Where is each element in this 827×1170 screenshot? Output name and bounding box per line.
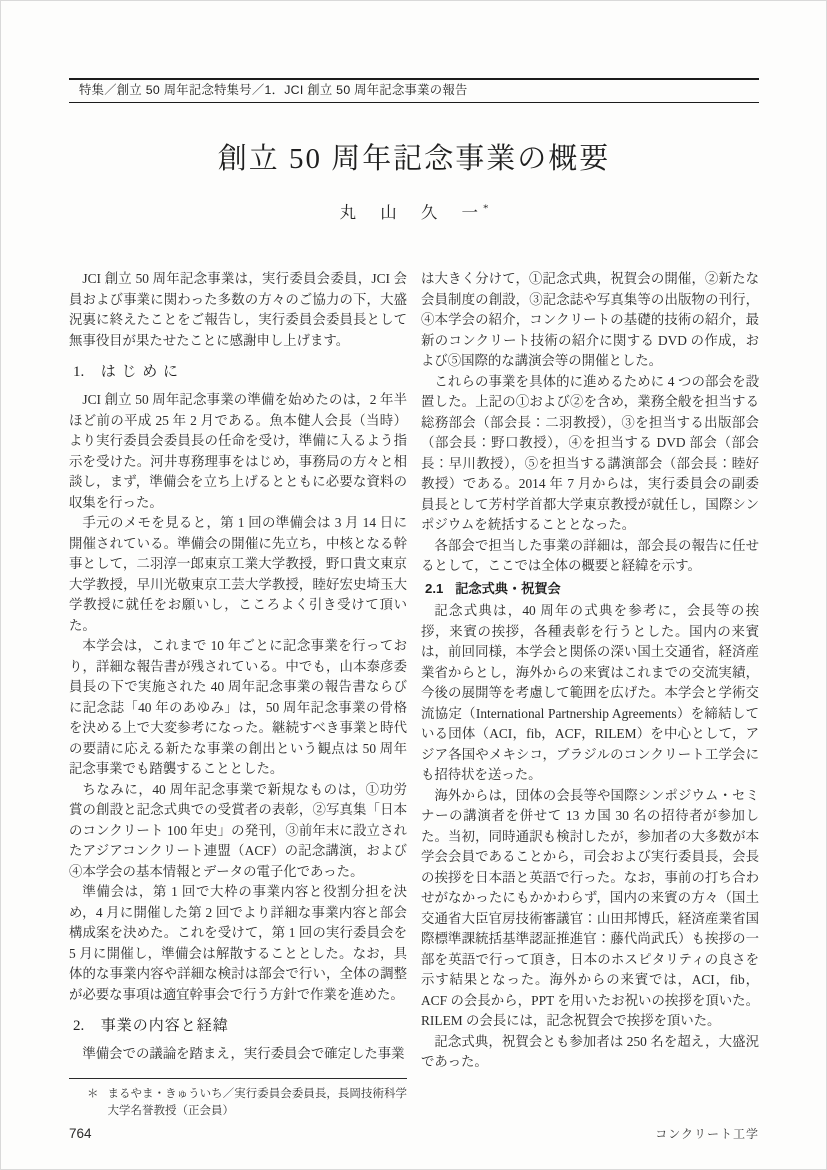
special-issue-header: 特集／創立 50 周年記念特集号／1．JCI 創立 50 周年記念事業の報告	[69, 78, 759, 103]
footnote-text: まるやま・きゅういち／実行委員会委員長，長岡技術科学大学名誉教授（正会員）	[108, 1086, 408, 1120]
body-paragraph: 準備会は，第 1 回で大枠の事業内容と役割分担を決め，4 月に開催した第 2 回…	[69, 882, 407, 1005]
body-paragraph: 本学会は，これまで 10 年ごとに記念事業を行っており，詳細な報告書が残されてい…	[69, 636, 407, 780]
body-paragraph: 海外からは，団体の会長等や国際シンポジウム・セミナーの講演者を併せて 13 カ国…	[421, 786, 759, 1032]
body-paragraph: 各部会で担当した事業の詳細は，部会長の報告に任せるとして，ここでは全体の概要と経…	[421, 536, 759, 577]
body-paragraph: JCI 創立 50 周年記念事業は，実行委員会委員，JCI 会員および事業に関わ…	[69, 269, 407, 351]
footnote-marker: ＊	[87, 1086, 99, 1120]
subsection-heading: 2.1記念式典・祝賀会	[425, 579, 759, 600]
body-paragraph: JCI 創立 50 周年記念事業の準備を始めたのは，2 年半ほど前の平成 25 …	[69, 390, 407, 513]
right-column-text: は大きく分けて，①記念式典，祝賀会の開催，②新たな会員制度の創設，③記念誌や写真…	[421, 269, 759, 1073]
page-footer: 764 コンクリート工学	[69, 1125, 759, 1142]
body-paragraph: 手元のメモを見ると，第 1 回の準備会は 3 月 14 日に開催されている。準備…	[69, 513, 407, 636]
article-body: JCI 創立 50 周年記念事業は，実行委員会委員，JCI 会員および事業に関わ…	[69, 269, 759, 1120]
article-title: 創立 50 周年記念事業の概要	[69, 139, 759, 179]
journal-name: コンクリート工学	[655, 1125, 759, 1142]
body-paragraph: 準備会での議論を踏まえ，実行委員会で確定した事業	[69, 1044, 407, 1065]
page-number: 764	[69, 1126, 92, 1141]
body-paragraph: これらの事業を具体的に進めるために 4 つの部会を設置した。上記の①および②を含…	[421, 372, 759, 536]
section-heading: 1.は じ め に	[73, 362, 407, 382]
left-column-text: JCI 創立 50 周年記念事業は，実行委員会委員，JCI 会員および事業に関わ…	[69, 269, 407, 1065]
body-paragraph: 記念式典，祝賀会とも参加者は 250 名を超え，大盛況であった。	[421, 1032, 759, 1073]
section-heading: 2.事業の内容と経緯	[73, 1016, 407, 1036]
right-column: は大きく分けて，①記念式典，祝賀会の開催，②新たな会員制度の創設，③記念誌や写真…	[421, 269, 759, 1120]
author-line: 丸 山 久 一*	[69, 199, 759, 223]
journal-page: 特集／創立 50 周年記念特集号／1．JCI 創立 50 周年記念事業の報告 創…	[0, 0, 827, 1170]
author-footnote-marker: *	[483, 203, 489, 215]
author-name: 丸 山 久 一	[340, 203, 483, 222]
author-footnote-row: ＊ まるやま・きゅういち／実行委員会委員長，長岡技術科学大学名誉教授（正会員）	[69, 1086, 407, 1120]
left-column: JCI 創立 50 周年記念事業は，実行委員会委員，JCI 会員および事業に関わ…	[69, 269, 407, 1120]
author-footnote: ＊ まるやま・きゅういち／実行委員会委員長，長岡技術科学大学名誉教授（正会員）	[69, 1078, 407, 1120]
body-paragraph: 記念式典は，40 周年の式典を参考に，会長等の挨拶，来賓の挨拶，各種表彰を行うと…	[421, 601, 759, 786]
special-issue-header-text: 特集／創立 50 周年記念特集号／1．JCI 創立 50 周年記念事業の報告	[79, 83, 468, 97]
body-paragraph: ちなみに，40 周年記念事業で新規なものは，①功労賞の創設と記念式典での受賞者の…	[69, 780, 407, 883]
body-paragraph: は大きく分けて，①記念式典，祝賀会の開催，②新たな会員制度の創設，③記念誌や写真…	[421, 269, 759, 372]
